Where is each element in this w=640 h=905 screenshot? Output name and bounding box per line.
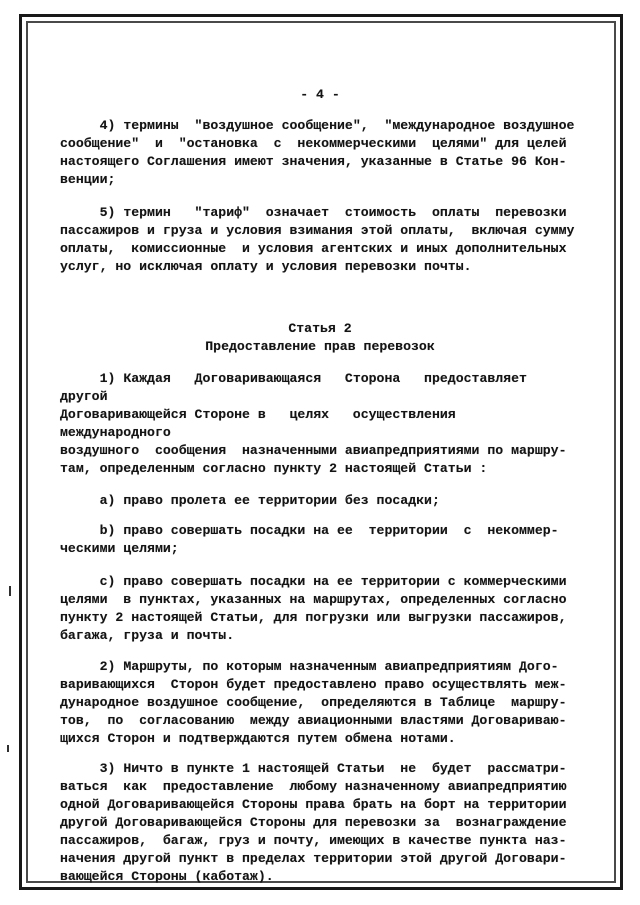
- page-number: - 4 -: [60, 86, 580, 104]
- scan-artifact-mark: [9, 586, 11, 596]
- paragraph-article2-point-2: 2) Маршруты, по которым назначенным авиа…: [60, 658, 580, 748]
- page-inner-border: - 4 - 4) термины "воздушное сообщение", …: [26, 21, 616, 883]
- page-outer-border: - 4 - 4) термины "воздушное сообщение", …: [19, 14, 623, 890]
- document-content: - 4 - 4) термины "воздушное сообщение", …: [28, 23, 614, 881]
- scan-artifact-mark: [7, 745, 9, 752]
- list-item-c: c) право совершать посадки на ее террито…: [60, 573, 580, 645]
- list-item-b: b) право совершать посадки на ее террито…: [60, 522, 580, 558]
- paragraph-article2-point-1: 1) Каждая Договаривающаяся Сторона предо…: [60, 370, 580, 478]
- paragraph-definition-term-5: 5) термин "тариф" означает стоимость опл…: [60, 204, 580, 276]
- list-item-a: a) право пролета ее территории без посад…: [60, 492, 580, 510]
- paragraph-definition-term-4: 4) термины "воздушное сообщение", "между…: [60, 117, 580, 189]
- article-2-heading: Статья 2 Предоставление прав перевозок: [60, 320, 580, 356]
- paragraph-article2-point-3: 3) Ничто в пункте 1 настоящей Статьи не …: [60, 760, 580, 886]
